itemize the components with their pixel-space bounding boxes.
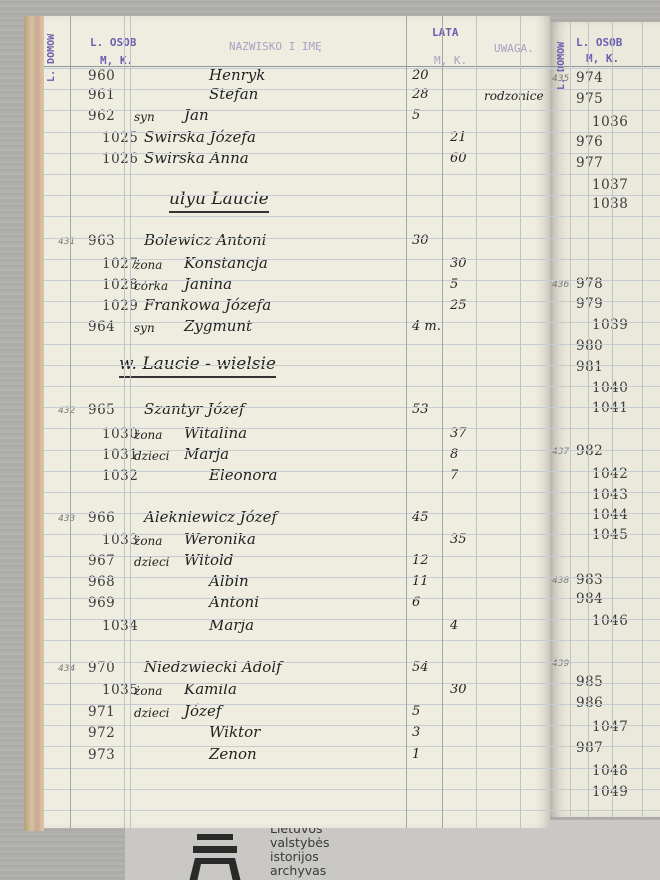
- age-male: 4 m.: [412, 319, 441, 334]
- person-name: Witold: [184, 551, 233, 569]
- person-number-male: 981: [576, 359, 603, 375]
- ruled-line: [44, 216, 550, 217]
- ruled-line: [44, 280, 550, 281]
- person-name: Janina: [184, 275, 232, 293]
- ruled-line: [44, 683, 550, 684]
- age-female: 30: [450, 682, 467, 697]
- ruled-line: [44, 110, 550, 111]
- house-number: 435: [552, 74, 569, 84]
- header-age: LATA: [432, 26, 459, 39]
- ruled-line: [44, 386, 550, 387]
- person-number-female: 1046: [592, 613, 628, 629]
- ruled-line: [44, 598, 550, 599]
- person-name: Konstancja: [184, 254, 268, 272]
- ruled-line: [550, 598, 660, 599]
- person-number-male: 979: [576, 296, 603, 312]
- person-number-female: 1042: [592, 466, 628, 482]
- person-number-female: 1043: [592, 487, 628, 503]
- person-number-female: 1036: [592, 114, 628, 130]
- ruled-line: [550, 577, 660, 578]
- ruled-line: [550, 174, 660, 175]
- relation: dzieci: [134, 449, 170, 463]
- ruled-line: [550, 238, 660, 239]
- person-number-female: 1039: [592, 317, 628, 333]
- ruled-line: [44, 238, 550, 239]
- ruled-line: [550, 280, 660, 281]
- ruled-line: [550, 704, 660, 705]
- column-rule: [476, 16, 477, 828]
- ruled-line: [44, 174, 550, 175]
- column-rule: [124, 16, 125, 828]
- relation: żona: [134, 534, 162, 548]
- ruled-line: [44, 407, 550, 408]
- header-person-number: L. OSOB: [576, 36, 622, 49]
- relation: dzieci: [134, 706, 170, 720]
- person-number-female: 1048: [592, 763, 628, 779]
- person-number-female: 1035: [102, 682, 138, 698]
- column-rule: [406, 16, 407, 828]
- ruled-line: [44, 810, 550, 811]
- ruled-line: [550, 68, 660, 69]
- age-male: 1: [412, 747, 420, 762]
- person-name: Swirska Anna: [144, 149, 249, 167]
- person-name: Albin: [209, 572, 249, 590]
- person-number-male: 964: [88, 319, 115, 335]
- person-number-female: 1047: [592, 719, 628, 735]
- person-number-male: 973: [88, 747, 115, 763]
- ruled-line: [550, 810, 660, 811]
- ruled-line: [550, 386, 660, 387]
- relation: dzieci: [134, 555, 170, 569]
- ruled-line: [44, 704, 550, 705]
- header-person-number-sub: M, K.: [586, 52, 619, 65]
- archive-plaque: Lietuvos valstybės istorijos archyvas: [125, 820, 660, 880]
- ruled-line: [550, 110, 660, 111]
- ruled-line: [44, 640, 550, 641]
- ruled-line: [44, 68, 550, 69]
- ruled-line: [550, 132, 660, 133]
- relation: żona: [134, 684, 162, 698]
- person-name: Zygmunt: [184, 317, 252, 335]
- ruled-line: [44, 471, 550, 472]
- person-number-female: 1040: [592, 380, 628, 396]
- section-heading: w. Laucie - wielsie: [119, 354, 276, 378]
- ruled-line: [550, 492, 660, 493]
- ruled-line: [550, 259, 660, 260]
- ruled-line: [44, 89, 550, 90]
- ruled-line: [44, 662, 550, 663]
- section-heading: ulyu Laucie: [169, 189, 269, 213]
- house-number: 434: [58, 664, 75, 674]
- ruled-line: [550, 725, 660, 726]
- ruled-line: [44, 195, 550, 196]
- ruled-line: [550, 89, 660, 90]
- ruled-line: [550, 662, 660, 663]
- column-rule: [130, 16, 131, 828]
- relation: żona: [134, 428, 162, 442]
- ruled-line: [550, 619, 660, 620]
- person-name: Bolewicz Antoni: [144, 231, 266, 249]
- age-female: 4: [450, 618, 458, 633]
- person-name: Marja: [184, 445, 229, 463]
- header-rule: [44, 66, 550, 67]
- ruled-line: [550, 640, 660, 641]
- age-male: 3: [412, 725, 420, 740]
- person-name: Antoni: [209, 593, 259, 611]
- ruled-line: [44, 492, 550, 493]
- person-number-female: 1037: [592, 177, 628, 193]
- person-number-male: 984: [576, 591, 603, 607]
- header-remarks: UWAGA.: [494, 42, 534, 55]
- ruled-line: [550, 746, 660, 747]
- header-house-number: L. DOMOW: [46, 34, 57, 82]
- age-male: 53: [412, 402, 429, 417]
- house-number: 433: [58, 514, 75, 524]
- ruled-line: [550, 344, 660, 345]
- ruled-line: [44, 132, 550, 133]
- column-rule: [588, 22, 589, 817]
- header-name: NAZWISKO I IMĘ: [229, 40, 322, 53]
- age-male: 20: [412, 68, 429, 83]
- header-rule: [550, 66, 660, 67]
- person-number-male: 986: [576, 695, 603, 711]
- ruled-line: [44, 534, 550, 535]
- person-number-female: 1044: [592, 507, 628, 523]
- person-number-male: 980: [576, 338, 603, 354]
- ruled-line: [550, 322, 660, 323]
- remark: rodzonice: [484, 89, 544, 103]
- ledger-right-page: L. DOMOW L. OSOB M, K. 43597497510369769…: [550, 22, 660, 817]
- column-rule: [570, 22, 571, 817]
- person-name: Szantyr Józef: [144, 400, 245, 418]
- ruled-line: [44, 322, 550, 323]
- person-name: Jan: [184, 106, 209, 124]
- house-number: 436: [552, 280, 569, 290]
- ruled-line: [44, 556, 550, 557]
- ruled-line: [44, 789, 550, 790]
- ruled-line: [550, 153, 660, 154]
- person-name: Eleonora: [209, 466, 277, 484]
- person-name: Stefan: [209, 85, 258, 103]
- person-number-female: 1049: [592, 784, 628, 800]
- person-name: Frankowa Józefa: [144, 296, 271, 314]
- person-number-male: 963: [88, 233, 115, 249]
- archive-logo-icon: [185, 832, 245, 880]
- ruled-line: [550, 216, 660, 217]
- column-rule: [70, 16, 71, 828]
- ruled-line: [550, 513, 660, 514]
- house-number: 437: [552, 447, 569, 457]
- ruled-line: [550, 471, 660, 472]
- ruled-line: [550, 407, 660, 408]
- archive-name: Lietuvos valstybės istorijos archyvas: [270, 822, 329, 878]
- ruled-line: [44, 725, 550, 726]
- person-name: Weronika: [184, 530, 256, 548]
- age-male: 30: [412, 233, 429, 248]
- relation: córka: [134, 279, 168, 293]
- ruled-line: [550, 789, 660, 790]
- column-rule: [520, 16, 521, 828]
- person-number-male: 976: [576, 134, 603, 150]
- column-rule: [642, 22, 643, 817]
- ruled-line: [44, 450, 550, 451]
- person-number-male: 983: [576, 572, 603, 588]
- column-rule: [612, 22, 613, 817]
- ruled-line: [44, 746, 550, 747]
- ruled-line: [44, 513, 550, 514]
- ruled-line: [550, 534, 660, 535]
- person-number-male: 960: [88, 68, 115, 84]
- person-number-male: 975: [576, 91, 603, 107]
- ruled-line: [550, 365, 660, 366]
- person-number-male: 971: [88, 704, 115, 720]
- relation: syn: [134, 110, 155, 124]
- column-rule: [442, 16, 443, 828]
- ruled-line: [550, 683, 660, 684]
- ruled-line: [44, 153, 550, 154]
- ruled-line: [44, 577, 550, 578]
- ruled-line: [550, 556, 660, 557]
- person-number-male: 982: [576, 443, 603, 459]
- house-number: 439: [552, 659, 569, 669]
- ruled-line: [44, 428, 550, 429]
- person-number-female: 1038: [592, 196, 628, 212]
- ruled-line: [550, 450, 660, 451]
- ruled-line: [44, 619, 550, 620]
- ruled-line: [550, 428, 660, 429]
- ruled-line: [550, 195, 660, 196]
- person-name: Witalina: [184, 424, 247, 442]
- book-spine: [24, 16, 44, 831]
- person-number-male: 977: [576, 155, 603, 171]
- age-male: 5: [412, 704, 420, 719]
- person-number-male: 974: [576, 70, 603, 86]
- person-name: Zenon: [209, 745, 257, 763]
- relation: żona: [134, 258, 162, 272]
- person-number-male: 987: [576, 740, 603, 756]
- person-number-female: 1034: [102, 618, 138, 634]
- person-number-male: 965: [88, 402, 115, 418]
- ruled-line: [44, 768, 550, 769]
- person-number-male: 972: [88, 725, 115, 741]
- ruled-line: [44, 259, 550, 260]
- person-number-male: 978: [576, 276, 603, 292]
- person-name: Alekniewicz Józef: [144, 508, 277, 526]
- ledger-left-page: L. DOMOW L. OSOB M, K. NAZWISKO I IMĘ LA…: [44, 16, 550, 828]
- ruled-line: [44, 301, 550, 302]
- ruled-line: [44, 365, 550, 366]
- ruled-line: [550, 768, 660, 769]
- ruled-line: [550, 301, 660, 302]
- ruled-line: [44, 344, 550, 345]
